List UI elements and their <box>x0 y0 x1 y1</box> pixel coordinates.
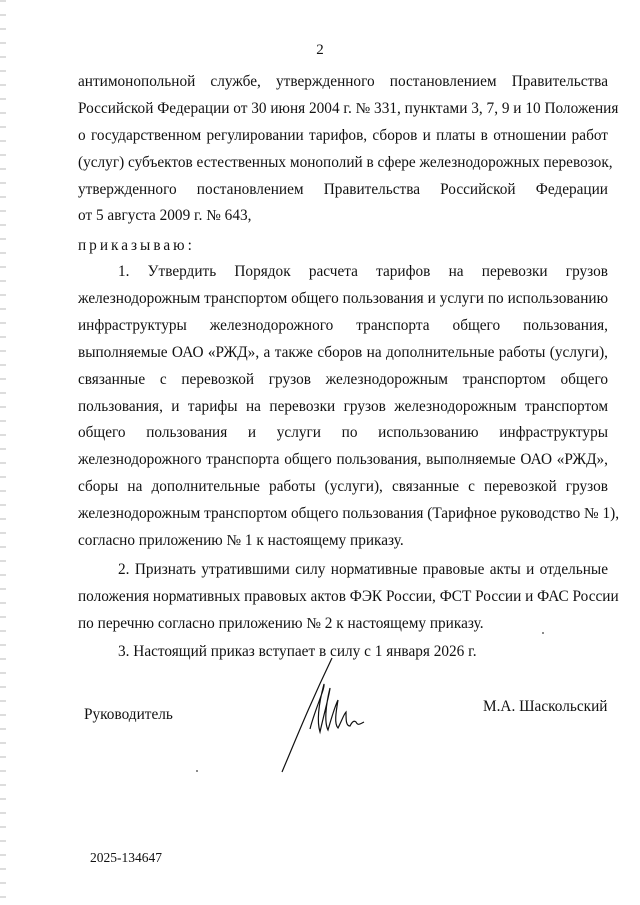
text-line: общего пользования и услуги по использов… <box>78 423 608 443</box>
text-line: положения нормативных правовых актов ФЭК… <box>78 587 608 607</box>
text-line: о государственном регулировании тарифов,… <box>78 126 608 146</box>
handwritten-signature-icon <box>280 654 390 774</box>
text-line: согласно приложению № 1 к настоящему при… <box>78 531 608 551</box>
document-number: 2025-134647 <box>90 850 162 866</box>
scan-edge <box>0 0 6 905</box>
text-line: пользования, и тарифы на перевозки грузо… <box>78 397 608 417</box>
text-line: инфраструктуры железнодорожного транспор… <box>78 316 608 336</box>
text-line: железнодорожного транспорта общего польз… <box>78 450 608 470</box>
text-line: по перечню согласно приложению № 2 к нас… <box>78 614 608 634</box>
text-line: Российской Федерации от 30 июня 2004 г. … <box>78 99 608 119</box>
text-line: 1. Утвердить Порядок расчета тарифов на … <box>118 262 608 282</box>
text-line: антимонопольной службе, утвержденного по… <box>78 72 608 92</box>
text-line: сборы на дополнительные работы (услуги),… <box>78 477 608 497</box>
signatory-name: М.А. Шаскольский <box>483 698 607 716</box>
text-line: (услуг) субъектов естественных монополий… <box>78 153 608 173</box>
text-line: от 5 августа 2009 г. № 643, <box>78 206 608 226</box>
scan-speck <box>542 632 544 634</box>
text-line: железнодорожным транспортом общего польз… <box>78 504 608 524</box>
text-line: железнодорожным транспортом общего польз… <box>78 289 608 309</box>
text-line: выполняемые ОАО «РЖД», а также сборов на… <box>78 343 608 363</box>
text-line: 2. Признать утратившими силу нормативные… <box>118 560 608 580</box>
text-line: утвержденного постановлением Правительст… <box>78 180 608 200</box>
text-line: связанные с перевозкой грузов железнодор… <box>78 370 608 390</box>
signatory-title: Руководитель <box>84 706 173 724</box>
scan-speck <box>196 770 198 772</box>
order-word: приказываю: <box>78 236 608 256</box>
page-number: 2 <box>0 42 640 59</box>
